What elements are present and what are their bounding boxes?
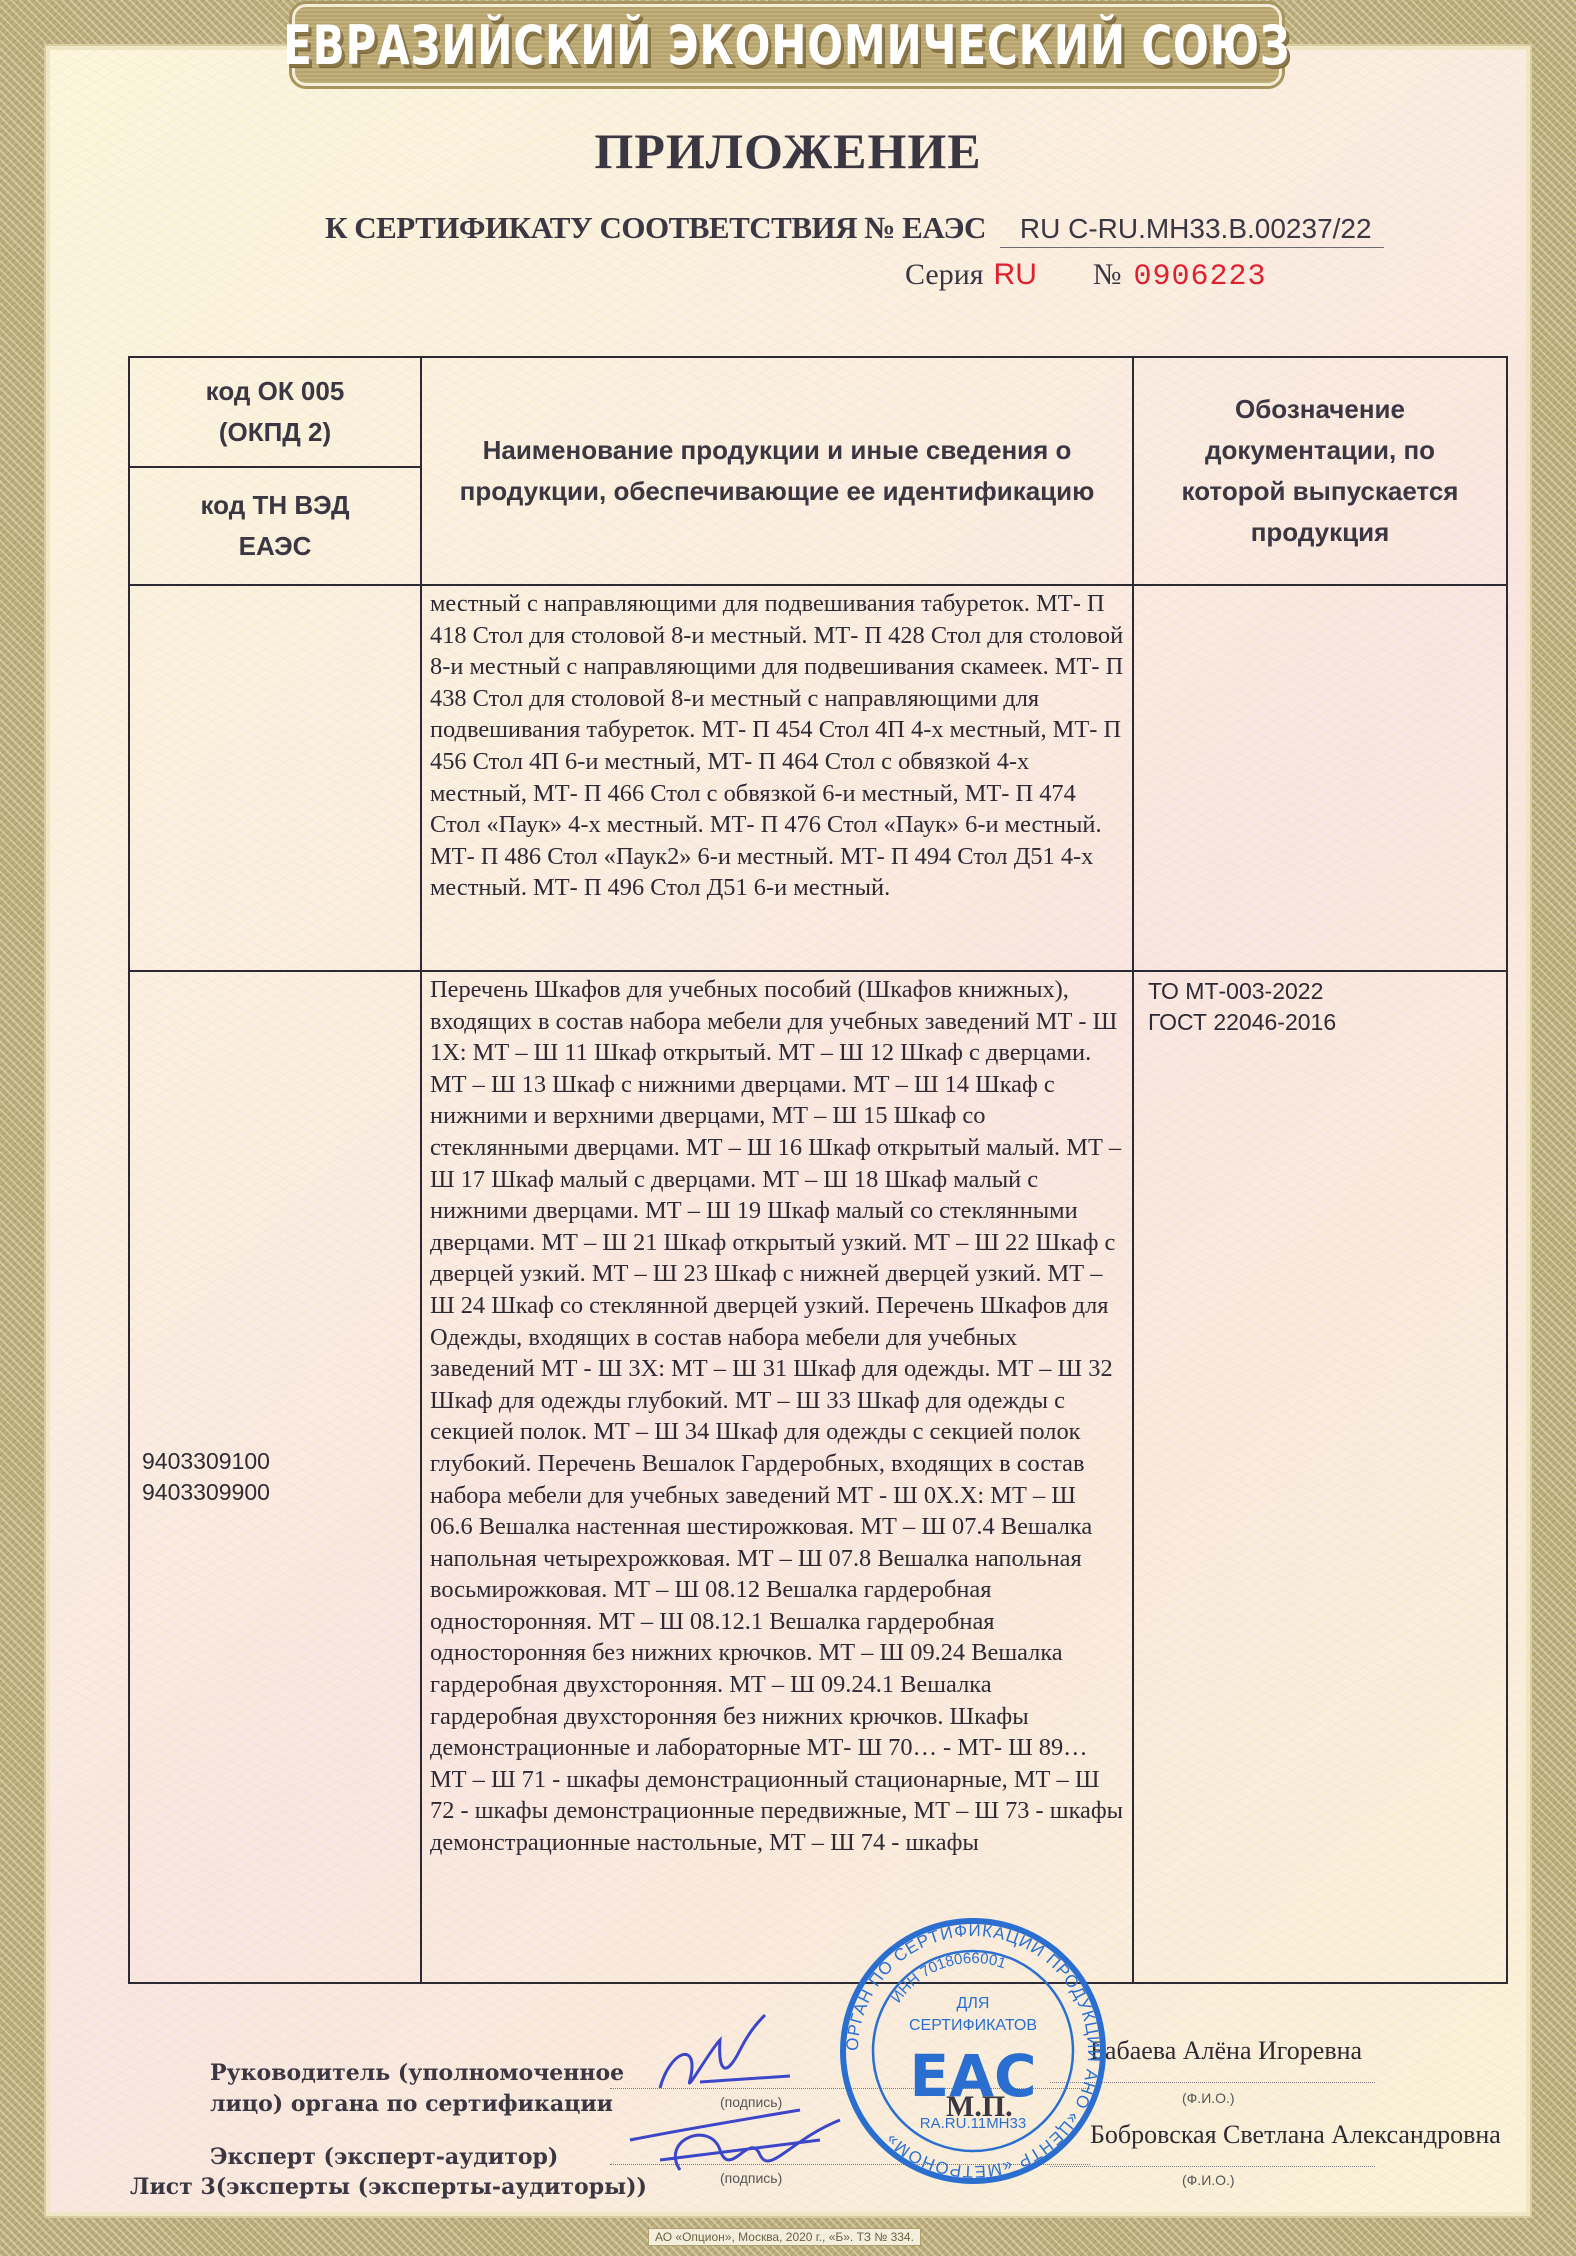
- stamp-center-2: СЕРТИФИКАТОВ: [909, 2017, 1037, 2034]
- certification-stamp: ОРГАН ПО СЕРТИФИКАЦИИ ПРОДУКЦИИ АНО «ЦЕН…: [838, 1916, 1108, 2186]
- certificate-label: К СЕРТИФИКАТУ СООТВЕТСТВИЯ № ЕАЭС: [325, 210, 986, 246]
- products-table: код ОК 005 (ОКПД 2) Наименование продукц…: [128, 356, 1508, 1984]
- name-caption: (Ф.И.О.): [1182, 2172, 1235, 2188]
- number-sign: №: [1093, 258, 1122, 292]
- series-code: RU: [994, 258, 1037, 292]
- header-okpd: код ОК 005 (ОКПД 2): [129, 357, 421, 467]
- page-title: ПРИЛОЖЕНИЕ: [0, 122, 1576, 180]
- tnved-code: 9403309100: [142, 1446, 408, 1477]
- description-cell: местный с направляющими для подвешивания…: [421, 585, 1133, 971]
- series-line: Серия RU № 0906223: [905, 258, 1267, 294]
- documentation-item: ГОСТ 22046-2016: [1148, 1007, 1492, 1038]
- certificate-reference: К СЕРТИФИКАТУ СООТВЕТСТВИЯ № ЕАЭС RU C-R…: [325, 210, 1384, 248]
- head-name: Бабаева Алёна Игоревна: [1090, 2036, 1362, 2066]
- documentation-cell: [1133, 585, 1507, 971]
- head-label-line: лицо) органа по сертификации: [210, 2089, 624, 2120]
- header-documentation: Обозначение документации, по которой вып…: [1133, 357, 1507, 585]
- sheet-label: Лист 3(эксперты (эксперты-аудиторы)): [130, 2172, 647, 2203]
- expert-label: Эксперт (эксперт-аудитор): [210, 2142, 558, 2173]
- header-row: код ОК 005 (ОКПД 2) Наименование продукц…: [129, 357, 1507, 467]
- head-label: Руководитель (уполномоченное лицо) орган…: [210, 2058, 624, 2120]
- expert-name: Бобровская Светлана Александровна: [1090, 2120, 1501, 2150]
- banner-title: ЕВРАЗИЙСКИЙ ЭКОНОМИЧЕСКИЙ СОЮЗ: [283, 14, 1290, 77]
- seal-label: М.П.: [946, 2090, 1013, 2124]
- table-row: 9403309100 9403309900 Перечень Шкафов дл…: [129, 971, 1507, 1983]
- blank-number: 0906223: [1134, 260, 1267, 294]
- documentation-cell: ТО МТ-003-2022 ГОСТ 22046-2016: [1133, 971, 1507, 1983]
- name-caption: (Ф.И.О.): [1182, 2090, 1235, 2106]
- documentation-item: ТО МТ-003-2022: [1148, 976, 1492, 1007]
- head-label-line: Руководитель (уполномоченное: [210, 2058, 624, 2089]
- table-row: местный с направляющими для подвешивания…: [129, 585, 1507, 971]
- expert-signature: [620, 2100, 850, 2190]
- code-cell: 9403309100 9403309900: [129, 971, 421, 1983]
- code-cell: [129, 585, 421, 971]
- header-product-name: Наименование продукции и иные сведения о…: [421, 357, 1133, 585]
- printer-imprint: АО «Опцион», Москва, 2020 г., «Б». ТЗ № …: [648, 2228, 921, 2246]
- head-signature: [640, 2010, 820, 2100]
- expert-label-line: Эксперт (эксперт-аудитор): [210, 2142, 558, 2173]
- stamp-center-1: ДЛЯ: [957, 1995, 990, 2012]
- header-tnved: код ТН ВЭД ЕАЭС: [129, 467, 421, 585]
- series-label: Серия: [905, 258, 984, 292]
- tnved-code: 9403309900: [142, 1477, 408, 1508]
- certificate-number: RU C-RU.МН33.В.00237/22: [1000, 213, 1384, 248]
- description-cell: Перечень Шкафов для учебных пособий (Шка…: [421, 971, 1133, 1983]
- union-banner: ЕВРАЗИЙСКИЙ ЭКОНОМИЧЕСКИЙ СОЮЗ: [292, 4, 1282, 86]
